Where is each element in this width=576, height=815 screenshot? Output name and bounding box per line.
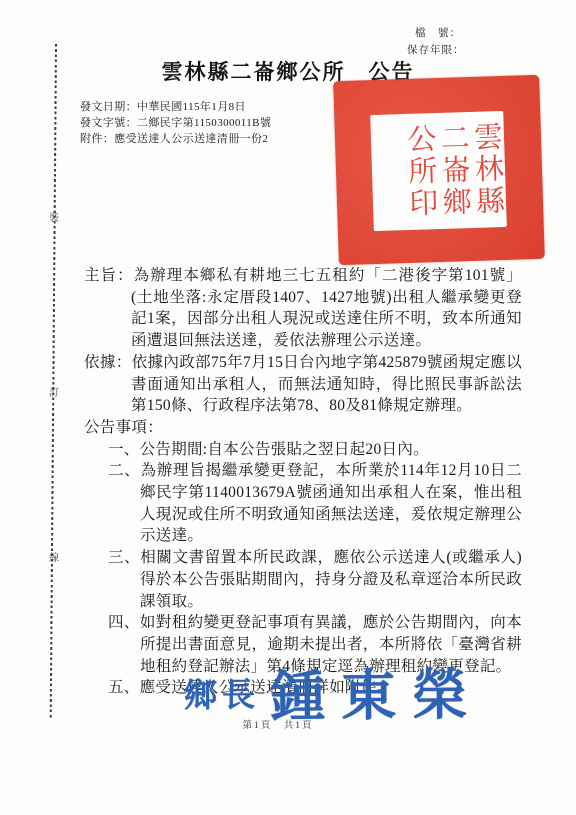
archive-labels: 檔 號： 保存年限： <box>407 25 465 59</box>
subject-label: 主旨： <box>84 267 134 284</box>
items-header: 公告事項： <box>84 417 522 439</box>
item-text: 相關文書留置本所民政課，應依公示送達人(或繼承人)得於本公告張貼期間內，持身分證… <box>140 549 522 609</box>
binding-mark-ding: 訂 <box>47 384 61 399</box>
file-number-label: 檔 號： <box>407 25 465 42</box>
item-number: 三、 <box>108 549 140 566</box>
seal-column-2: 二崙鄉 <box>435 115 472 226</box>
announcement-item-3: 三、相關文書留置本所民政課，應依公示送達人(或繼承人)得於本公告張貼期間內，持身… <box>84 547 522 612</box>
seal-column-3: 公所印 <box>401 116 438 227</box>
seal-column-1: 雲林縣 <box>468 114 505 225</box>
mayor-title: 鄉長 <box>184 669 260 717</box>
binding-mark-zhuang: 裝 <box>47 209 61 224</box>
issuance-metadata: 發文日期：中華民國115年1月8日 發文字號：二鄉民字第1150300011B號… <box>80 99 271 147</box>
item-text: 為辦理旨揭繼承變更登記，本所業於114年12月10日二鄉民字第114001367… <box>140 462 522 544</box>
announcement-body: 主旨：為辦理本鄉私有耕地三七五租約「二港後字第101號」(土地坐落:永定厝段14… <box>84 265 522 699</box>
item-number: 四、 <box>108 614 140 631</box>
announcement-item-1: 一、公告期間:自本公告張貼之翌日起20日內。 <box>84 439 522 461</box>
seal-text: 雲林縣 二崙鄉 公所印 <box>370 111 507 231</box>
item-text: 公告期間:自本公告張貼之翌日起20日內。 <box>140 441 429 458</box>
binding-mark-xian: 線 <box>47 549 61 564</box>
attachment-note: 附件：應受送達人公示送達清冊一份2 <box>80 131 271 147</box>
basis-text: 依據內政部75年7月15日台內地字第425879號函規定應以書面通知出承租人，而… <box>131 354 522 414</box>
announcement-document-page: 裝 訂 線 檔 號： 保存年限： 雲林縣二崙鄉公所 公告 發文日期：中華民國11… <box>0 0 576 815</box>
page-number-info: 第1頁 共1頁 <box>0 717 566 731</box>
basis-paragraph: 依據：依據內政部75年7月15日台內地字第425879號函規定應以書面通知出承租… <box>84 352 522 417</box>
subject-paragraph: 主旨：為辦理本鄉私有耕地三七五租約「二港後字第101號」(土地坐落:永定厝段14… <box>84 265 522 352</box>
official-red-seal: 雲林縣 二崙鄉 公所印 <box>333 75 545 265</box>
item-number: 五、 <box>108 679 140 696</box>
binding-dotted-line <box>50 44 57 720</box>
item-number: 一、 <box>108 441 140 458</box>
issue-date: 發文日期：中華民國115年1月8日 <box>80 99 271 115</box>
subject-text: 為辦理本鄉私有耕地三七五租約「二港後字第101號」(土地坐落:永定厝段1407、… <box>131 267 522 349</box>
item-number: 二、 <box>108 462 140 479</box>
announcement-item-2: 二、為辦理旨揭繼承變更登記，本所業於114年12月10日二鄉民字第1140013… <box>84 460 522 547</box>
basis-label: 依據： <box>84 354 132 371</box>
document-number: 發文字號：二鄉民字第1150300011B號 <box>80 115 271 131</box>
